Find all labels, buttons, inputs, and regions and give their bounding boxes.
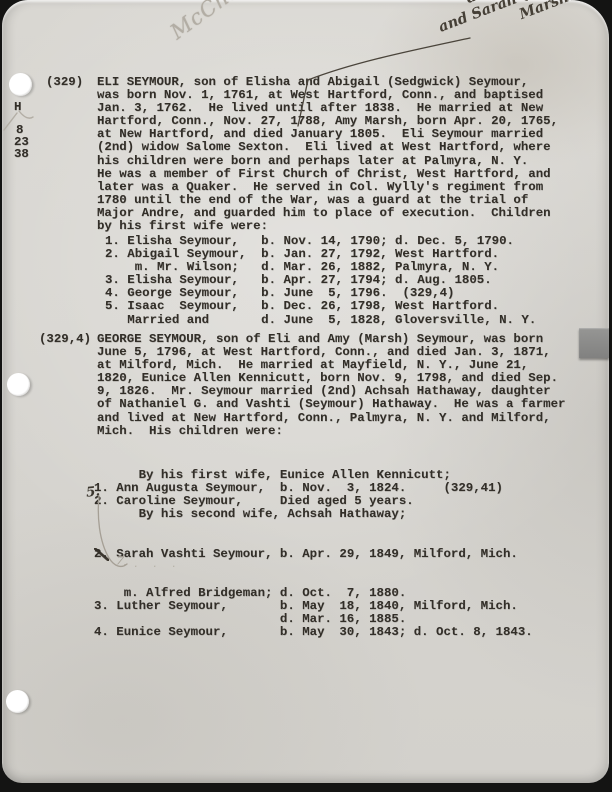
handwritten-renumber-note: 5. <box>85 483 101 500</box>
entry2-children-second-wife: m. Alfred Bridgeman; d. Oct. 7, 1880. 3.… <box>94 587 533 639</box>
punch-hole-top <box>9 73 32 96</box>
punch-hole-bottom <box>6 690 29 713</box>
entry1-body: ELI SEYMOUR, son of Elisha and Abigail (… <box>97 76 558 233</box>
entry1-ref: (329) <box>46 76 83 89</box>
faint-pencil-dots: · · · <box>134 560 181 573</box>
entry1-children-list: 1. Elisha Seymour, b. Nov. 14, 1790; d. … <box>105 235 536 327</box>
faint-number-note: 7. <box>115 553 128 568</box>
margin-code-38: 38 <box>14 148 29 161</box>
pencil-scribble-note: McChild <box>166 0 258 44</box>
struck-child-line: 2. Sarah Vashti Seymour, b. Apr. 29, 184… <box>94 548 533 561</box>
entry2-body: GEORGE SEYMOUR, son of Eli and Amy (Mars… <box>97 333 565 438</box>
scanned-card-page: H 8 23 38 (329) ELI SEYMOUR, son of Elis… <box>2 0 609 783</box>
ink-margin-note: dau. Moser and Sarah (Merrill) Marsh. <box>430 0 612 52</box>
entry2-ref: (329,4) <box>39 333 91 346</box>
margin-code-h: H <box>14 101 21 114</box>
entry2-children-first-wife: By his first wife, Eunice Allen Kennicut… <box>94 469 533 521</box>
ink-note-line3: Marsh. <box>517 0 612 23</box>
struck-child-text: Sarah Vashti Seymour, b. Apr. 29, 1849, … <box>109 547 518 561</box>
index-tab <box>579 328 609 358</box>
entry2-children-list: By his first wife, Eunice Allen Kennicut… <box>94 443 533 666</box>
struck-child-number: 2. <box>94 548 109 561</box>
punch-hole-middle <box>7 373 30 396</box>
